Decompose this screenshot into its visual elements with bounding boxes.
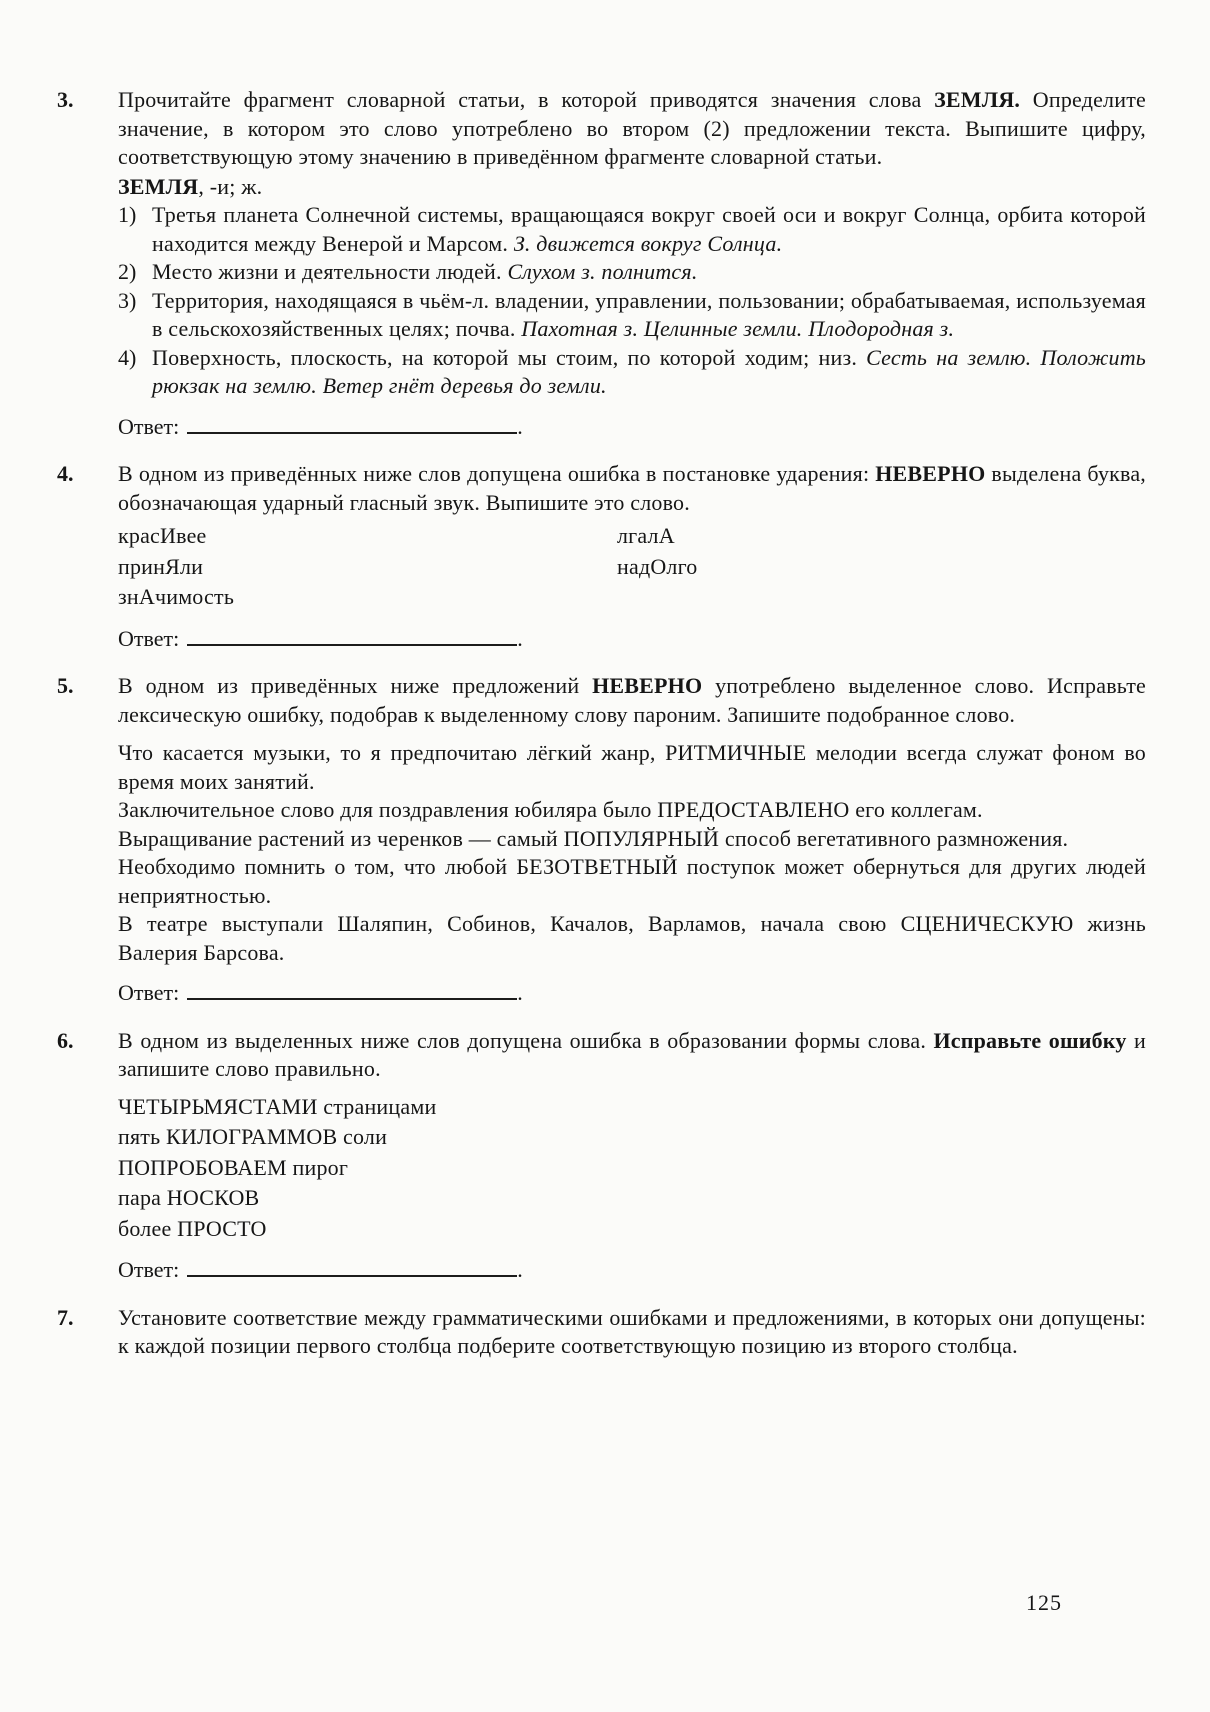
dictionary-headword: ЗЕМЛЯ, -и; ж.: [118, 173, 1146, 202]
question-6-number: 6.: [57, 1027, 74, 1056]
question-7: 7. Установите соответствие между граммат…: [118, 1304, 1146, 1361]
word-form-option: более ПРОСТО: [118, 1214, 1146, 1245]
sentence: В театре выступали Шаляпин, Собинов, Кач…: [118, 910, 1146, 967]
definition-number: 1): [118, 201, 136, 230]
answer-row-q4: Ответ:.: [118, 622, 1146, 654]
question-4: 4. В одном из приведённых ниже слов допу…: [118, 460, 1146, 653]
question-4-number: 4.: [57, 460, 74, 489]
answer-period: .: [517, 1257, 523, 1282]
word-form-list: ЧЕТЫРЬМЯСТАМИ страницами пять КИЛОГРАММО…: [118, 1092, 1146, 1245]
sentence: Заключительное слово для поздравления юб…: [118, 796, 1146, 825]
word-form-option: ЧЕТЫРЬМЯСТАМИ страницами: [118, 1092, 1146, 1123]
question-7-number: 7.: [57, 1304, 74, 1333]
word-column-right: лгалА надОлго: [617, 521, 697, 613]
dictionary-definition-2: 2) Место жизни и деятельности людей. Слу…: [118, 258, 1146, 287]
answer-period: .: [517, 414, 523, 439]
word-form-option: ПОПРОБОВАЕМ пирог: [118, 1153, 1146, 1184]
word-option: красИвее: [118, 521, 617, 552]
question-6: 6. В одном из выделенных ниже слов допущ…: [118, 1027, 1146, 1285]
word-form-option: пять КИЛОГРАММОВ соли: [118, 1122, 1146, 1153]
sentence: Выращивание растений из черенков — самый…: [118, 825, 1146, 854]
definition-text: Поверхность, плоскость, на которой мы ст…: [152, 344, 1146, 401]
dictionary-definition-1: 1) Третья планета Солнечной системы, вра…: [118, 201, 1146, 258]
question-5-number: 5.: [57, 672, 74, 701]
dictionary-definition-3: 3) Территория, находящаяся в чьём-л. вла…: [118, 287, 1146, 344]
definition-number: 2): [118, 258, 136, 287]
question-5-intro: В одном из приведённых ниже предложений …: [118, 672, 1146, 729]
answer-row-q6: Ответ:.: [118, 1253, 1146, 1285]
definition-text: Третья планета Солнечной системы, вращаю…: [152, 201, 1146, 258]
word-form-option: пара НОСКОВ: [118, 1183, 1146, 1214]
definition-text: Место жизни и деятельности людей. Слухом…: [152, 258, 1146, 287]
answer-row-q5: Ответ:.: [118, 976, 1146, 1008]
word-option: надОлго: [617, 552, 697, 583]
question-3-number: 3.: [57, 86, 74, 115]
question-3-intro: Прочитайте фрагмент словарной статьи, в …: [118, 86, 1146, 172]
answer-label: Ответ:: [118, 980, 179, 1005]
answer-row-q3: Ответ:.: [118, 410, 1146, 442]
sentence: Необходимо помнить о том, что любой БЕЗО…: [118, 853, 1146, 910]
answer-blank: [187, 1253, 517, 1277]
answer-period: .: [517, 980, 523, 1005]
page-number: 125: [1026, 1590, 1062, 1616]
answer-period: .: [517, 626, 523, 651]
answer-blank: [187, 622, 517, 646]
stress-word-list: красИвее принЯли знАчимость лгалА надОлг…: [118, 521, 1146, 613]
question-5: 5. В одном из приведённых ниже предложен…: [118, 672, 1146, 1008]
word-option: лгалА: [617, 521, 697, 552]
question-4-intro: В одном из приведённых ниже слов допущен…: [118, 460, 1146, 517]
definition-number: 4): [118, 344, 136, 373]
word-option: принЯли: [118, 552, 617, 583]
dictionary-definition-4: 4) Поверхность, плоскость, на которой мы…: [118, 344, 1146, 401]
word-option: знАчимость: [118, 582, 617, 613]
answer-label: Ответ:: [118, 1257, 179, 1282]
sentence: Что касается музыки, то я предпочитаю лё…: [118, 739, 1146, 796]
paronym-sentences: Что касается музыки, то я предпочитаю лё…: [118, 739, 1146, 967]
question-6-intro: В одном из выделенных ниже слов допущена…: [118, 1027, 1146, 1084]
word-column-left: красИвее принЯли знАчимость: [118, 521, 617, 613]
answer-blank: [187, 410, 517, 434]
question-7-intro: Установите соответствие между грамматиче…: [118, 1304, 1146, 1361]
definition-text: Территория, находящаяся в чьём-л. владен…: [152, 287, 1146, 344]
definition-number: 3): [118, 287, 136, 316]
exam-page: 3. Прочитайте фрагмент словарной статьи,…: [0, 0, 1210, 1712]
question-3: 3. Прочитайте фрагмент словарной статьи,…: [118, 86, 1146, 441]
answer-blank: [187, 976, 517, 1000]
answer-label: Ответ:: [118, 414, 179, 439]
answer-label: Ответ:: [118, 626, 179, 651]
